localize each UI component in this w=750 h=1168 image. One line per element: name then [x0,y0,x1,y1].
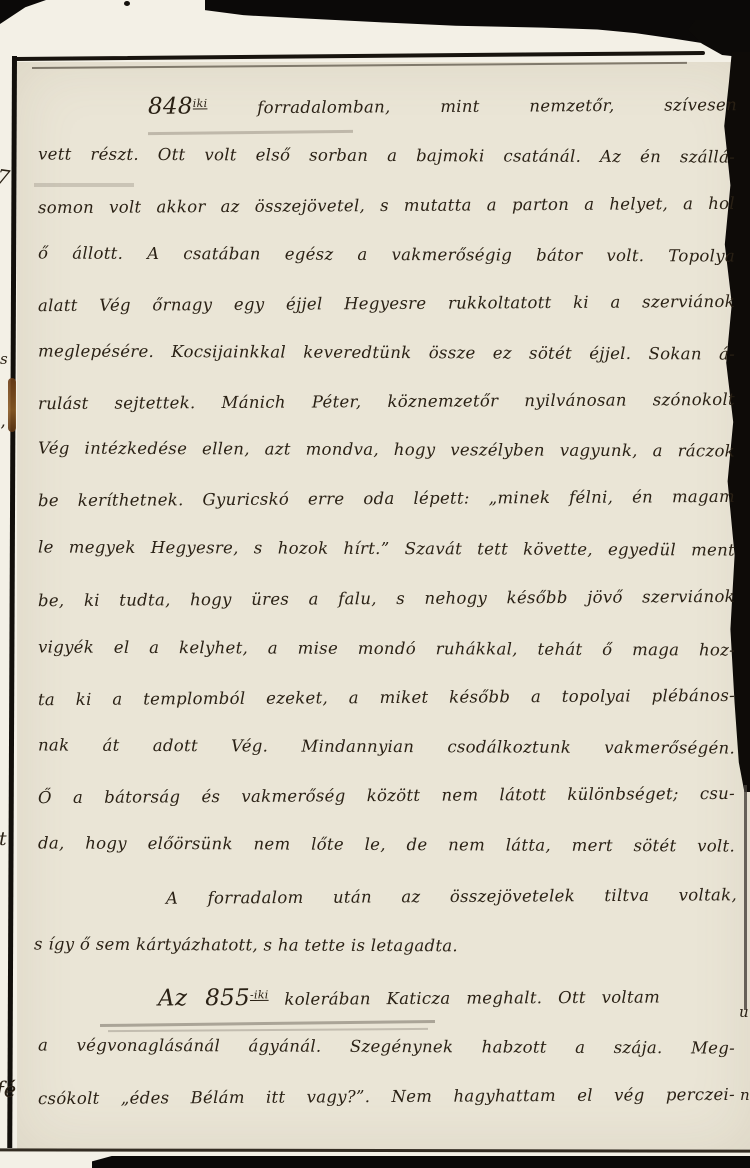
page-border-bottom [0,1148,750,1152]
manuscript-line-7: rulást sejtettek. Mánich Péter, köznemze… [38,390,735,424]
manuscript-line-13: ta ki a templomból ezeket, a miket későb… [38,686,735,720]
manuscript-line-11: be, ki tudta, hogy üres a falu, s nehogy… [38,587,735,621]
pencil-underline-vett-reszt [34,183,134,187]
manuscript-line-14: nak át adott Vég. Mindannyian csodálkozt… [38,735,735,768]
year-855: Az 855 [158,985,250,1012]
margin-mark-left: fé [0,1078,16,1102]
line-text: kolerában Katicza meghalt. Ott voltam [284,987,660,1008]
manuscript-line-21: csókolt „édes Bélám itt vagy?”. Nem hagy… [38,1085,735,1119]
margin-mark-left: s [0,350,8,368]
manuscript-line-3: somon volt akkor az összejövetel, s muta… [38,194,735,228]
year-suffix: iki [193,97,208,110]
manuscript-line-17: A forradalom után az összejövetelek tilt… [166,885,737,918]
page-border-top [13,51,705,61]
rust-stain [8,378,16,432]
manuscript-line-5: alatt Vég őrnagy egy éjjel Hegyesre rukk… [38,292,735,326]
manuscript-line-9: be keríthetnek. Gyuricskó erre oda lépet… [38,487,735,521]
page-border-right-thin [744,785,747,1010]
manuscript-line-6: meglepésére. Kocsijainkkal keveredtünk ö… [38,341,735,374]
manuscript-line-1: 848iki forradalomban, mint nemzetőr, szí… [148,90,737,124]
scan-black-band-bottom [92,1156,750,1168]
line-text: forradalomban, mint nemzetőr, szívesen [257,95,737,117]
margin-mark-right: u [739,1003,749,1021]
manuscript-line-10: le megyek Hegyesre, s hozok hírt.” Szavá… [38,537,735,570]
year-suffix: -iki [250,988,269,1001]
scan-black-band-top-left [0,0,46,24]
scan-black-band-top [205,0,750,46]
manuscript-line-16: da, hogy előörsünk nem lőte le, de nem l… [38,833,735,866]
ink-speck [124,1,130,6]
manuscript-line-20: a végvonaglásánál ágyánál. Szegénynek ha… [38,1035,735,1068]
manuscript-line-2: vett részt. Ott volt első sorban a bajmo… [38,144,735,177]
manuscript-line-19: Az 855-iki kolerában Katicza meghalt. Ot… [158,982,660,1015]
scanned-manuscript-page: { "doc": { "kind": "scanned handwritten … [0,0,750,1168]
margin-mark-left: t [0,828,7,850]
manuscript-line-15: Ő a bátorság és vakmerőség között nem lá… [38,784,735,818]
manuscript-line-4: ő állott. A csatában egész a vakmerőségi… [38,243,735,276]
manuscript-line-8: Vég intézkedése ellen, azt mondva, hogy … [38,438,735,471]
manuscript-line-12: vigyék el a kelyhet, a mise mondó ruhákk… [38,637,735,670]
margin-mark-left: 7 [0,164,11,190]
manuscript-line-18: s így ő sem kártyázhatott, s ha tette is… [34,934,731,967]
margin-mark-left: ’ [0,422,5,442]
year-848: 848 [148,94,193,120]
margin-mark-right: n [740,1086,750,1104]
page-border-left [7,56,17,1148]
